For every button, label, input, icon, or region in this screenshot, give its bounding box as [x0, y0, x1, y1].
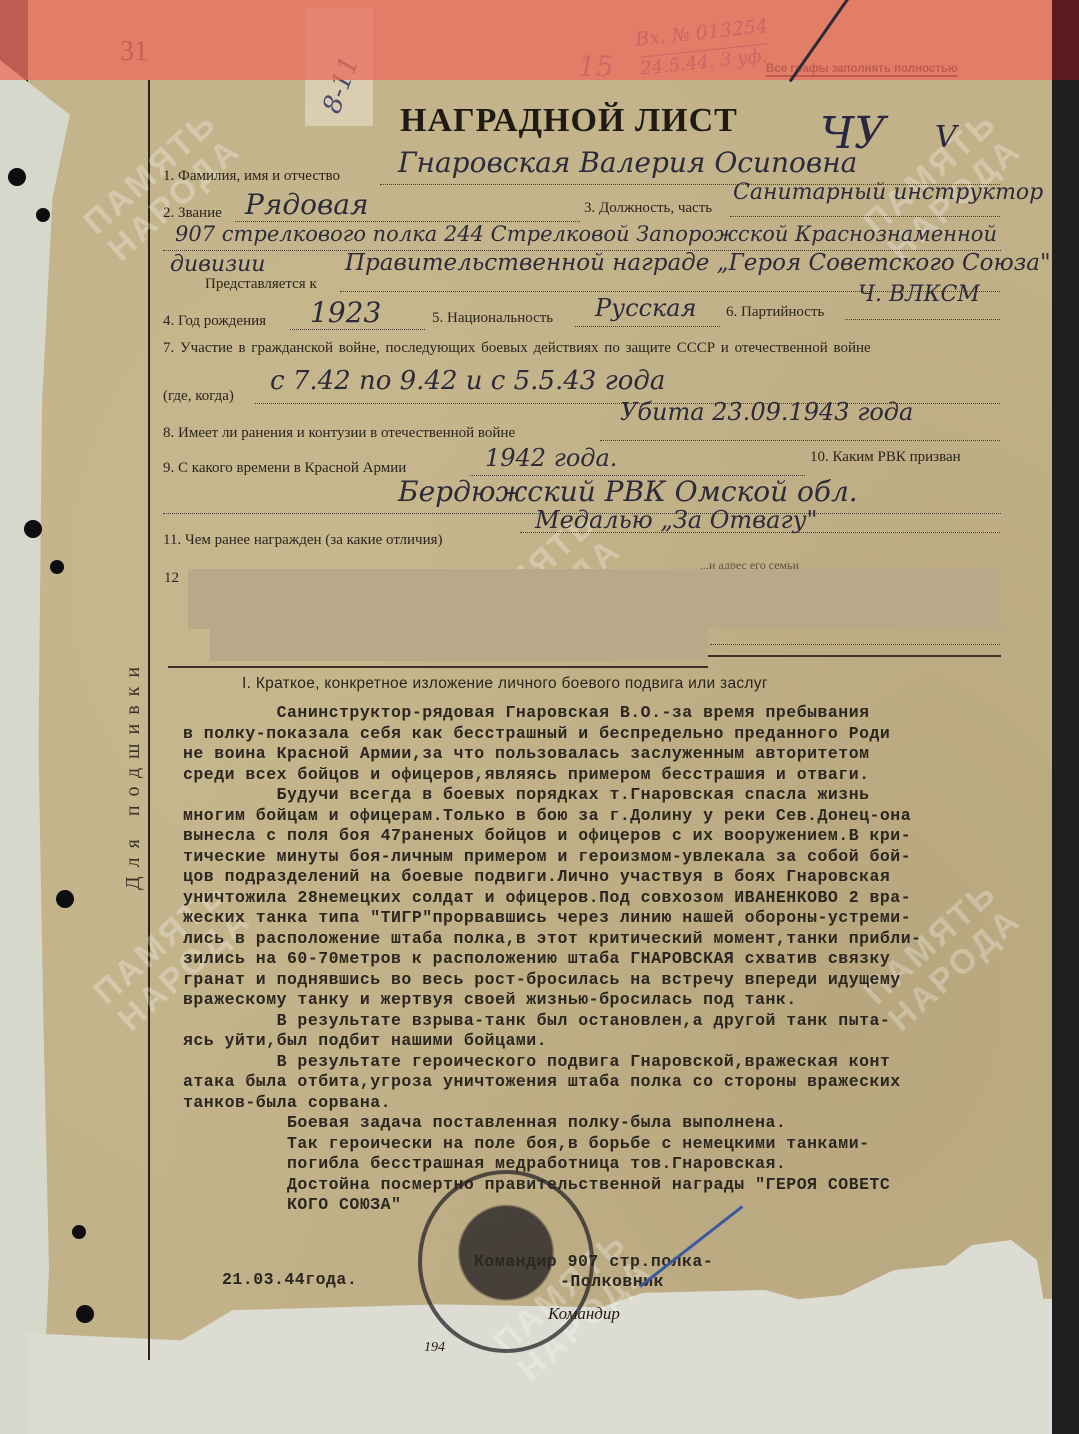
field-9-since: 1942 года.	[485, 444, 617, 472]
field-5-label: 5. Национальность	[432, 310, 553, 327]
punch-hole	[24, 520, 42, 538]
unit-name: 907 стрелкового полка 244 Стрелковой Зап…	[175, 222, 997, 246]
field-4-birth-year: 1923	[310, 296, 381, 329]
field-8-label: 8. Имеет ли ранения и контузии в отечест…	[163, 425, 515, 442]
red-highlight-overlay	[0, 0, 1079, 80]
unit-name-cont: дивизии	[170, 252, 265, 277]
field-2-label: 2. Звание	[163, 205, 222, 222]
punch-hole	[8, 168, 26, 186]
citation-line: лись в расположение штаба полка,в этот к…	[183, 929, 922, 950]
presented-award: Правительственной награде „Героя Советск…	[345, 250, 1051, 276]
citation-line: Будучи всегда в боевых порядках т.Гнаров…	[183, 785, 922, 806]
citation-line: танков-была сорвана.	[183, 1093, 922, 1114]
year-prefix: 194	[424, 1340, 445, 1356]
punch-hole	[76, 1305, 94, 1323]
field-4-label: 4. Год рождения	[163, 313, 266, 330]
presented-label: Представляется к	[205, 276, 317, 293]
redaction-block	[188, 569, 1001, 629]
field-12-label: 12	[164, 570, 179, 587]
section-divider	[708, 655, 1001, 657]
citation-line: гранат и поднявшись во весь рост-бросила…	[183, 970, 922, 991]
field-3-position: Санитарный инструктор	[733, 180, 1043, 205]
citation-line: не воина Красной Армии,за что пользовала…	[183, 744, 922, 765]
field-3-line	[730, 216, 1000, 217]
field-1-label: 1. Фамилия, имя и отчество	[163, 168, 340, 185]
field-7-label-where-when: (где, когда)	[163, 388, 234, 405]
signature-date: 21.03.44года.	[222, 1270, 357, 1291]
field-7-label: 7. Участие в гражданской войне, последую…	[163, 340, 1003, 357]
field-11-label: 11. Чем ранее награжден (за какие отличи…	[163, 532, 443, 549]
citation-line: Так героически на поле боя,в борьбе с не…	[183, 1134, 922, 1155]
redaction-block	[210, 625, 708, 661]
field-6-line	[845, 319, 1000, 320]
field-10-draft-office: Бердюжский РВК Омской обл.	[398, 475, 858, 508]
field-9-label: 9. С какого времени в Красной Армии	[163, 460, 406, 477]
commander-caption: Командир	[548, 1304, 620, 1324]
field-1-full-name: Гнаровская Валерия Осиповна	[398, 146, 857, 179]
punch-hole	[56, 890, 74, 908]
punch-hole	[50, 560, 64, 574]
field-12-line	[710, 644, 1000, 645]
field-8-line	[600, 440, 1000, 441]
field-6-party: Ч. ВЛКСМ	[858, 282, 980, 307]
citation-line: вынесла с поля боя 47раненых бойцов и оф…	[183, 826, 922, 847]
citation-line: В результате героического подвига Гнаров…	[183, 1052, 922, 1073]
field-5-nationality: Русская	[595, 294, 696, 322]
field-10-label: 10. Каким РВК призван	[810, 449, 961, 466]
citation-body: Санинструктор-рядовая Гнаровская В.О.-за…	[183, 703, 922, 1216]
citation-line: погибла бесстрашная медработница тов.Гна…	[183, 1154, 922, 1175]
citation-line: зились на 60-70метров к расположению шта…	[183, 949, 922, 970]
field-11-prior-awards: Медалью „За Отвагу"	[535, 506, 818, 534]
corner-check-mark: V	[935, 120, 957, 155]
field-7-participation: с 7.42 по 9.42 и с 5.5.43 года	[270, 366, 665, 396]
citation-line: цов подразделений на боевые подвиги.Личн…	[183, 867, 922, 888]
field-6-label: 6. Партийность	[726, 304, 824, 321]
citation-line: вражескому танку и жертвуя своей жизнью-…	[183, 990, 922, 1011]
citation-line: ясь уйти,был подбит нашими бойцами.	[183, 1031, 922, 1052]
section-heading: I. Краткое, конкретное изложение личного…	[242, 675, 768, 693]
punch-hole	[72, 1225, 86, 1239]
section-divider	[168, 666, 708, 668]
citation-line: жеских танка типа "ТИГР"прорвавшись чере…	[183, 908, 922, 929]
binding-margin-text: Для подшивки	[122, 600, 152, 890]
field-8-wounds: Убита 23.09.1943 года	[620, 398, 913, 426]
citation-line: Санинструктор-рядовая Гнаровская В.О.-за…	[183, 703, 922, 724]
citation-line: атака была отбита,угроза уничтожения шта…	[183, 1072, 922, 1093]
field-3-label: 3. Должность, часть	[584, 200, 712, 217]
citation-line: в полку-показала себя как бесстрашный и …	[183, 724, 922, 745]
citation-line: тические минуты боя-личным примером и ге…	[183, 847, 922, 868]
citation-line: уничтожила 28немецких солдат и офицеров.…	[183, 888, 922, 909]
field-2-rank: Рядовая	[245, 188, 369, 221]
citation-line: В результате взрыва-танк был остановлен,…	[183, 1011, 922, 1032]
overlay-edge	[1052, 0, 1079, 80]
citation-line: многим бойцам и офицерам.Только в бою за…	[183, 806, 922, 827]
punch-hole	[36, 208, 50, 222]
citation-line: Боевая задача поставленная полку-была вы…	[183, 1113, 922, 1134]
field-5-line	[575, 326, 720, 327]
document-title: НАГРАДНОЙ ЛИСТ	[400, 102, 738, 140]
field-4-line	[290, 329, 425, 330]
signer-rank: -Полковник	[560, 1272, 664, 1293]
citation-line: среди всех бойцов и офицеров,являясь при…	[183, 765, 922, 786]
